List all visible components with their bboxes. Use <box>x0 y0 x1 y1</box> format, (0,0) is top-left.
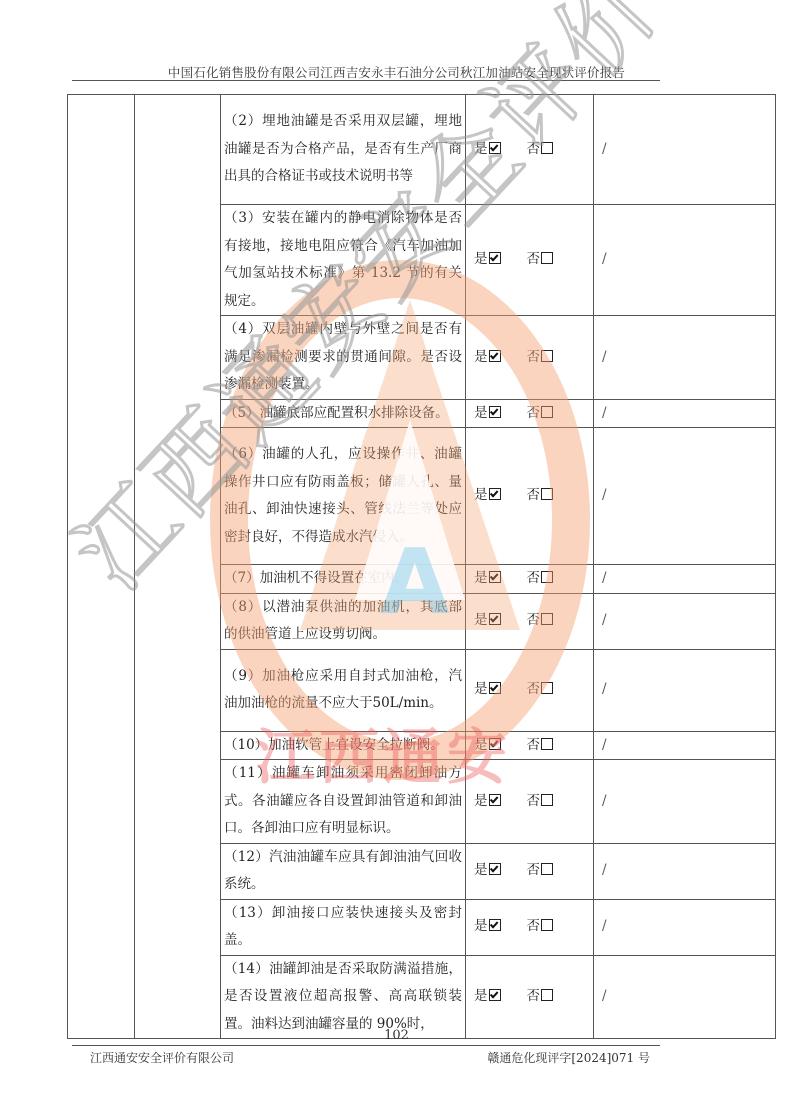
remark-cell: / <box>594 649 776 731</box>
yes-checkbox-checked-icon[interactable] <box>489 350 501 362</box>
header-divider <box>72 80 660 81</box>
check-item-text: （9）加油枪应采用自封式加油枪，汽油加油枪的流量不应大于50L/min。 <box>221 649 466 731</box>
yes-option[interactable]: 是 <box>474 788 501 816</box>
no-checkbox-empty-icon[interactable] <box>541 488 553 500</box>
yes-option[interactable]: 是 <box>474 344 501 372</box>
check-item-text: （10）加油软管上宜设安全拉断阀。 <box>221 731 466 760</box>
no-checkbox-empty-icon[interactable] <box>541 571 553 583</box>
remark-cell: / <box>594 399 776 428</box>
check-item-text: （5）油罐底部应配置积水排除设备。 <box>221 399 466 428</box>
check-item-text: （13）卸油接口应装快速接头及密封盖。 <box>221 899 466 955</box>
yes-option[interactable]: 是 <box>474 400 501 428</box>
check-item-text: （4）双层油罐内壁与外壁之间是否有满足渗漏检测要求的贯通间隙。是否设渗漏检测装置… <box>221 316 466 400</box>
yes-option[interactable]: 是 <box>474 913 501 941</box>
remark-cell: / <box>594 731 776 760</box>
no-checkbox-empty-icon[interactable] <box>541 350 553 362</box>
check-item-text: （7）加油机不得设置在室内。 <box>221 565 466 594</box>
check-result-cell: 是否 <box>466 428 594 565</box>
no-checkbox-empty-icon[interactable] <box>541 738 553 750</box>
no-option[interactable]: 否 <box>527 788 554 816</box>
check-result-cell: 是否 <box>466 955 594 1039</box>
check-result-cell: 是否 <box>466 843 594 899</box>
yes-checkbox-checked-icon[interactable] <box>489 863 501 875</box>
yes-option[interactable]: 是 <box>474 676 501 704</box>
yes-option[interactable]: 是 <box>474 732 501 760</box>
remark-cell: / <box>594 205 776 316</box>
remark-cell: / <box>594 760 776 844</box>
yes-checkbox-checked-icon[interactable] <box>489 488 501 500</box>
check-item-text: （2）埋地油罐是否采用双层罐，埋地油罐是否为合格产品，是否有生产厂商出具的合格证… <box>221 95 466 205</box>
check-item-text: （3）安装在罐内的静电消除物体是否有接地，接地电阻应符合《汽车加油加气加氢站技术… <box>221 205 466 316</box>
remark-cell: / <box>594 593 776 649</box>
no-option[interactable]: 否 <box>527 983 554 1011</box>
no-option[interactable]: 否 <box>527 607 554 635</box>
check-result-cell: 是否 <box>466 399 594 428</box>
yes-checkbox-checked-icon[interactable] <box>489 406 501 418</box>
check-item-text: （8）以潜油泵供油的加油机，其底部的供油管道上应设剪切阀。 <box>221 593 466 649</box>
report-header-title: 中国石化销售股份有限公司江西吉安永丰石油分公司秋江加油站安全现状评价报告 <box>0 63 793 81</box>
yes-checkbox-checked-icon[interactable] <box>489 738 501 750</box>
yes-checkbox-checked-icon[interactable] <box>489 794 501 806</box>
yes-checkbox-checked-icon[interactable] <box>489 252 501 264</box>
no-checkbox-empty-icon[interactable] <box>541 794 553 806</box>
check-result-cell: 是否 <box>466 205 594 316</box>
no-option[interactable]: 否 <box>527 732 554 760</box>
remark-cell: / <box>594 428 776 565</box>
yes-checkbox-checked-icon[interactable] <box>489 989 501 1001</box>
yes-option[interactable]: 是 <box>474 482 501 510</box>
remark-cell: / <box>594 899 776 955</box>
no-option[interactable]: 否 <box>527 246 554 274</box>
no-option[interactable]: 否 <box>527 400 554 428</box>
check-result-cell: 是否 <box>466 593 594 649</box>
no-option[interactable]: 否 <box>527 565 554 593</box>
check-item-text: （12）汽油油罐车应具有卸油油气回收系统。 <box>221 843 466 899</box>
category-cell <box>68 95 135 1039</box>
safety-checklist-table: （2）埋地油罐是否采用双层罐，埋地油罐是否为合格产品，是否有生产厂商出具的合格证… <box>67 94 776 1039</box>
no-checkbox-empty-icon[interactable] <box>541 989 553 1001</box>
page-number: 102 <box>0 1028 793 1043</box>
yes-option[interactable]: 是 <box>474 983 501 1011</box>
yes-option[interactable]: 是 <box>474 565 501 593</box>
yes-checkbox-checked-icon[interactable] <box>489 142 501 154</box>
no-option[interactable]: 否 <box>527 344 554 372</box>
no-checkbox-empty-icon[interactable] <box>541 142 553 154</box>
no-option[interactable]: 否 <box>527 857 554 885</box>
no-checkbox-empty-icon[interactable] <box>541 613 553 625</box>
check-result-cell: 是否 <box>466 899 594 955</box>
remark-cell: / <box>594 955 776 1039</box>
check-result-cell: 是否 <box>466 95 594 205</box>
check-result-cell: 是否 <box>466 649 594 731</box>
no-option[interactable]: 否 <box>527 482 554 510</box>
no-checkbox-empty-icon[interactable] <box>541 406 553 418</box>
no-checkbox-empty-icon[interactable] <box>541 682 553 694</box>
footer-divider <box>72 1045 660 1046</box>
check-result-cell: 是否 <box>466 731 594 760</box>
yes-option[interactable]: 是 <box>474 607 501 635</box>
footer-document-number: 赣通危化现评字[2024]071 号 <box>400 1049 650 1066</box>
check-item-text: （14）油罐卸油是否采取防满溢措施，是否设置液位超高报警、高高联锁装置。油料达到… <box>221 955 466 1039</box>
no-option[interactable]: 否 <box>527 136 554 164</box>
yes-option[interactable]: 是 <box>474 136 501 164</box>
remark-cell: / <box>594 843 776 899</box>
no-checkbox-empty-icon[interactable] <box>541 252 553 264</box>
remark-cell: / <box>594 95 776 205</box>
subcategory-cell <box>135 95 221 1039</box>
check-result-cell: 是否 <box>466 565 594 594</box>
no-option[interactable]: 否 <box>527 913 554 941</box>
remark-cell: / <box>594 565 776 594</box>
check-result-cell: 是否 <box>466 760 594 844</box>
no-option[interactable]: 否 <box>527 676 554 704</box>
footer-company-name: 江西通安安全评价有限公司 <box>90 1049 234 1066</box>
yes-checkbox-checked-icon[interactable] <box>489 571 501 583</box>
no-checkbox-empty-icon[interactable] <box>541 863 553 875</box>
yes-checkbox-checked-icon[interactable] <box>489 613 501 625</box>
table-row: （2）埋地油罐是否采用双层罐，埋地油罐是否为合格产品，是否有生产厂商出具的合格证… <box>68 95 776 205</box>
yes-checkbox-checked-icon[interactable] <box>489 682 501 694</box>
check-item-text: （6）油罐的人孔，应设操作井、油罐操作井口应有防雨盖板；储罐人孔、量油孔、卸油快… <box>221 428 466 565</box>
yes-checkbox-checked-icon[interactable] <box>489 919 501 931</box>
remark-cell: / <box>594 316 776 400</box>
yes-option[interactable]: 是 <box>474 857 501 885</box>
check-item-text: （11）油罐车卸油须采用密闭卸油方式。各油罐应各自设置卸油管道和卸油口。各卸油口… <box>221 760 466 844</box>
yes-option[interactable]: 是 <box>474 246 501 274</box>
no-checkbox-empty-icon[interactable] <box>541 919 553 931</box>
check-result-cell: 是否 <box>466 316 594 400</box>
